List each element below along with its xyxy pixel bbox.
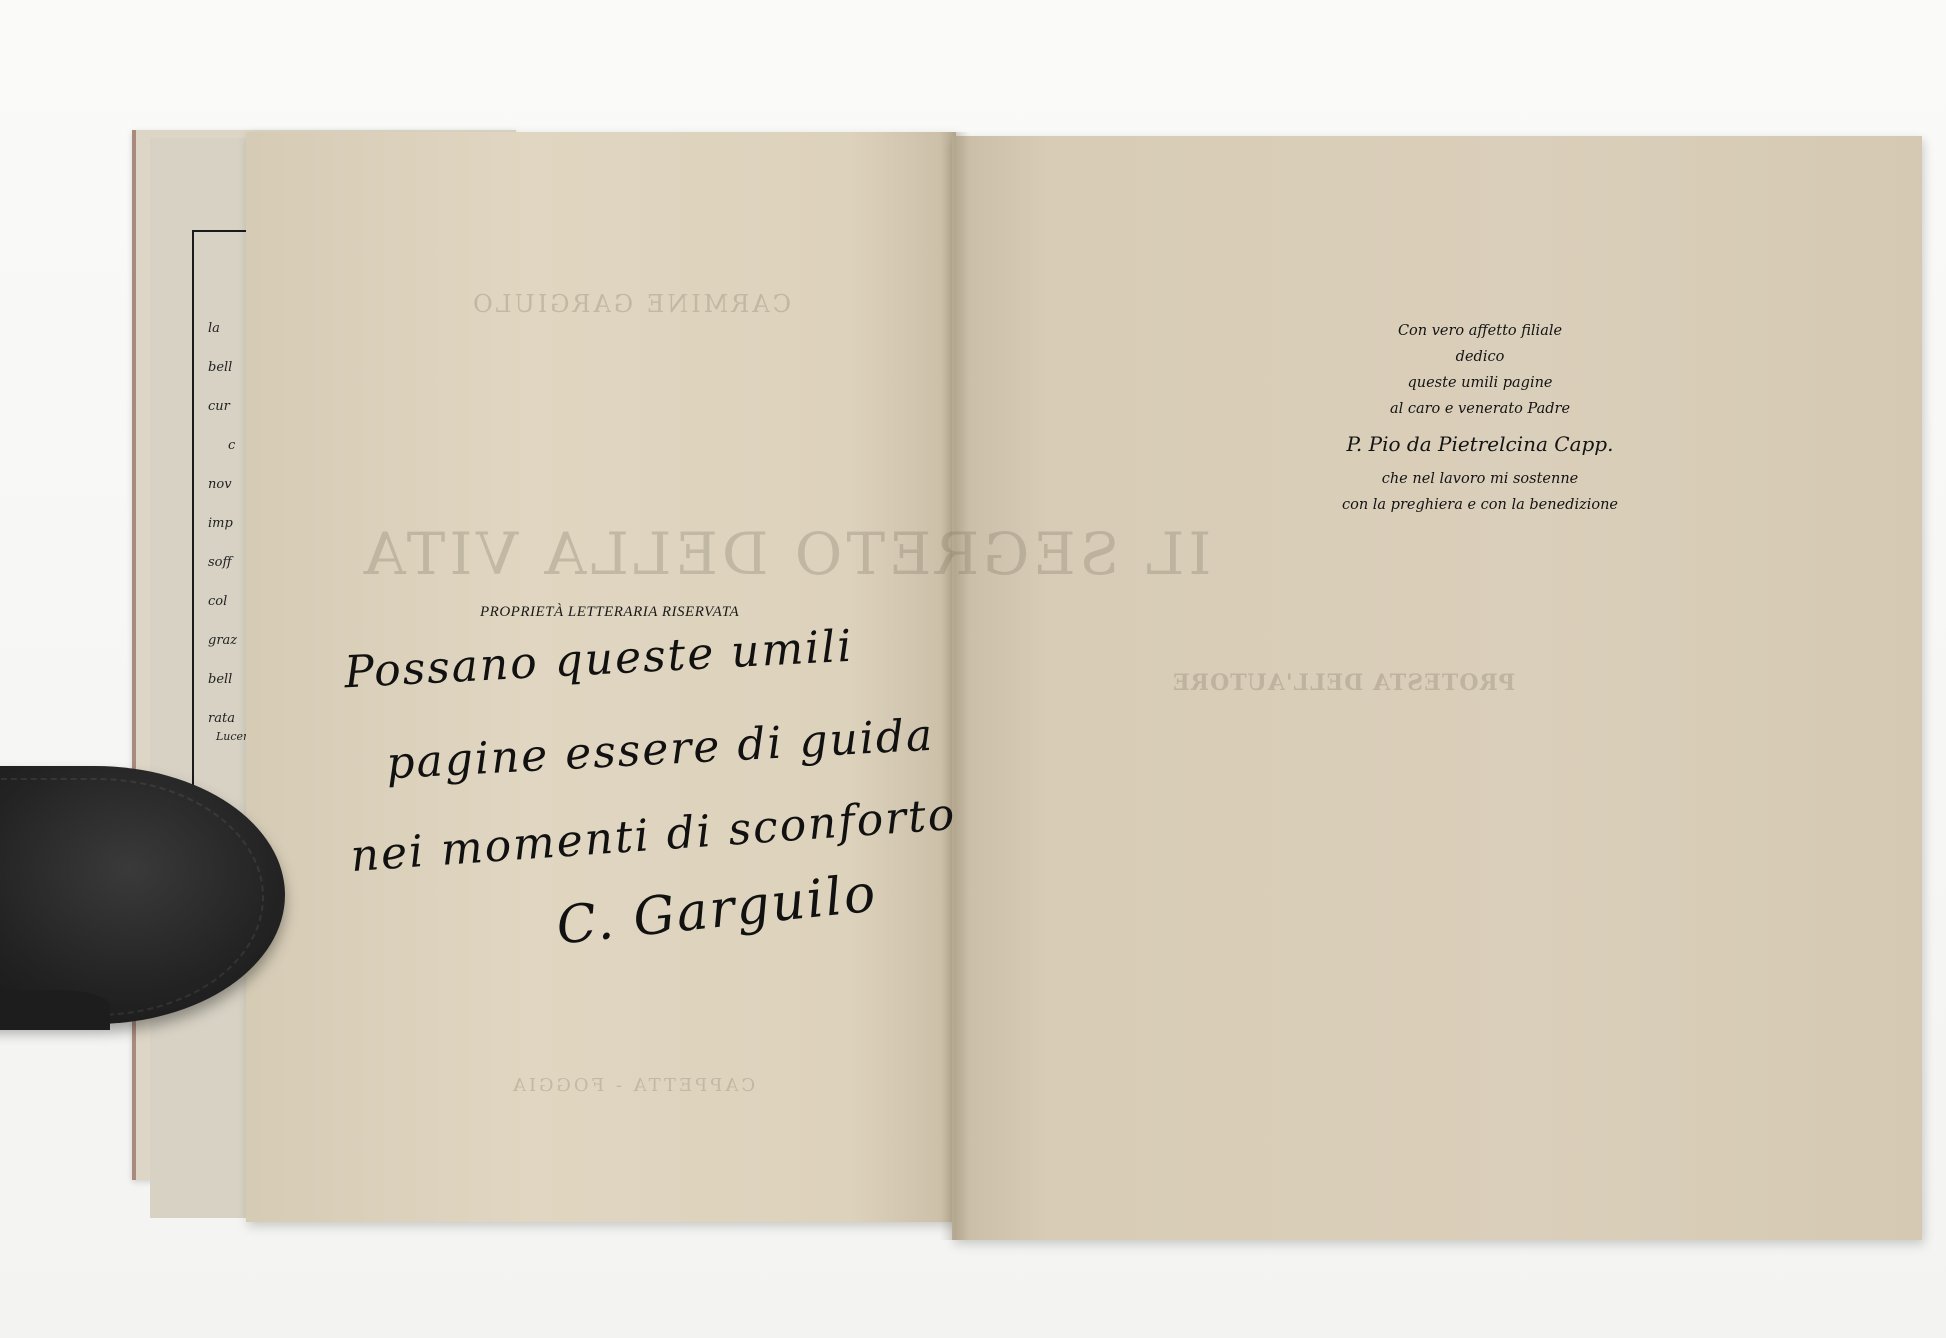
book-spine bbox=[940, 132, 970, 1240]
handwritten-inscription: Possano queste umili pagine essere di gu… bbox=[330, 620, 910, 1080]
dedication-honoree: P. Pio da Pietrelcina Capp. bbox=[1300, 424, 1660, 464]
dedication-line: che nel lavoro mi sostenne bbox=[1300, 466, 1660, 492]
dedication-line: al caro e venerato Padre bbox=[1300, 396, 1660, 422]
dedication-line: con la preghiera e con la benedizione bbox=[1300, 492, 1660, 518]
flyer-signature: Lucer bbox=[216, 730, 248, 743]
dedication-line: dedico bbox=[1300, 344, 1660, 370]
inscription-line: pagine essere di guida bbox=[385, 710, 935, 790]
dedication-line: Con vero affetto filiale bbox=[1300, 318, 1660, 344]
book-weight-tail bbox=[0, 990, 110, 1030]
dedication-line: queste umili pagine bbox=[1300, 370, 1660, 396]
dedication-block: Con vero affetto filiale dedico queste u… bbox=[1300, 318, 1660, 518]
inscription-signature: C. Garguilo bbox=[554, 863, 880, 956]
show-through-title: IL SEGRETO DELLA VITA bbox=[360, 520, 1211, 588]
show-through-author: CARMINE GARGIULO bbox=[470, 290, 791, 318]
show-through-heading: PROTESTA DELL'AUTORE bbox=[1172, 670, 1515, 696]
copyright-notice: PROPRIETÀ LETTERARIA RISERVATA bbox=[480, 604, 739, 621]
inscription-line: Possano queste umili bbox=[343, 621, 855, 699]
